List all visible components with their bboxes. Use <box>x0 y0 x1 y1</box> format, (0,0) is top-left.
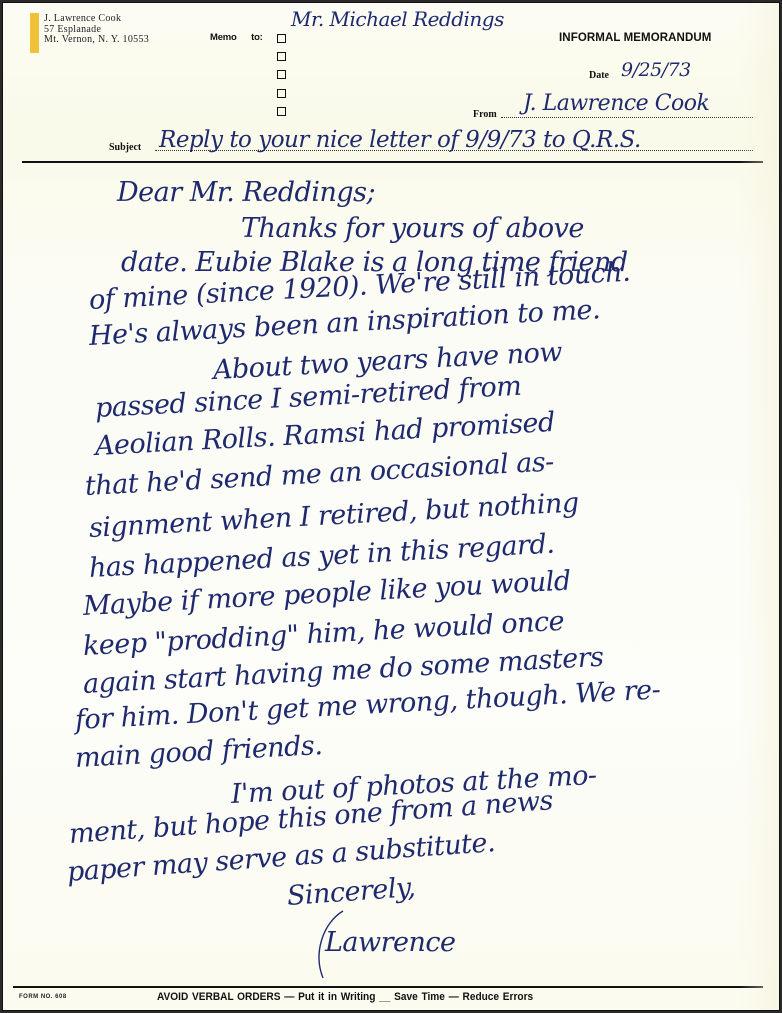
from-value[interactable]: J. Lawrence Cook <box>523 91 709 116</box>
letter-line: Thanks for yours of above <box>241 215 584 242</box>
recipient-checkbox-1[interactable] <box>277 34 286 43</box>
footer-slogan: AVOID VERBAL ORDERS — Put it in Writing … <box>157 991 533 1003</box>
memo-label: Memo <box>210 32 237 43</box>
memorandum-page: J. Lawrence Cook 57 Esplanade Mt. Vernon… <box>2 2 780 1011</box>
date-value[interactable]: 9/25/73 <box>621 59 691 81</box>
letter-salutation: Dear Mr. Reddings; <box>117 179 375 206</box>
memo-to-value[interactable]: Mr. Michael Reddings <box>291 7 504 31</box>
letterhead-city: Mt. Vernon, N. Y. 10553 <box>44 35 149 46</box>
from-label: From <box>473 109 497 120</box>
letter-closing: Sincerely, <box>286 874 416 910</box>
header-rule <box>22 161 763 163</box>
subject-value[interactable]: Reply to your nice letter of 9/9/73 to Q… <box>159 127 641 153</box>
letterhead-name: J. Lawrence Cook <box>44 14 149 25</box>
letterhead-accent-bar <box>30 13 39 53</box>
form-number: FORM NO. 608 <box>19 994 67 1000</box>
recipient-checkbox-3[interactable] <box>277 70 286 79</box>
recipient-checkbox-4[interactable] <box>277 89 286 98</box>
from-dotted-line <box>501 117 753 118</box>
form-title: INFORMAL MEMORANDUM <box>559 32 711 44</box>
recipient-checkbox-5[interactable] <box>277 107 286 116</box>
date-label: Date <box>589 70 609 81</box>
letterhead-address: J. Lawrence Cook 57 Esplanade Mt. Vernon… <box>44 14 149 46</box>
letter-line: main good friends. <box>74 732 323 772</box>
recipient-checkbox-2[interactable] <box>277 52 286 61</box>
letter-signature: Lawrence <box>325 929 456 956</box>
footer-rule <box>13 986 763 988</box>
to-label: to: <box>251 32 263 43</box>
memo-to-label: Memo to: <box>210 32 263 43</box>
subject-label: Subject <box>109 142 141 153</box>
